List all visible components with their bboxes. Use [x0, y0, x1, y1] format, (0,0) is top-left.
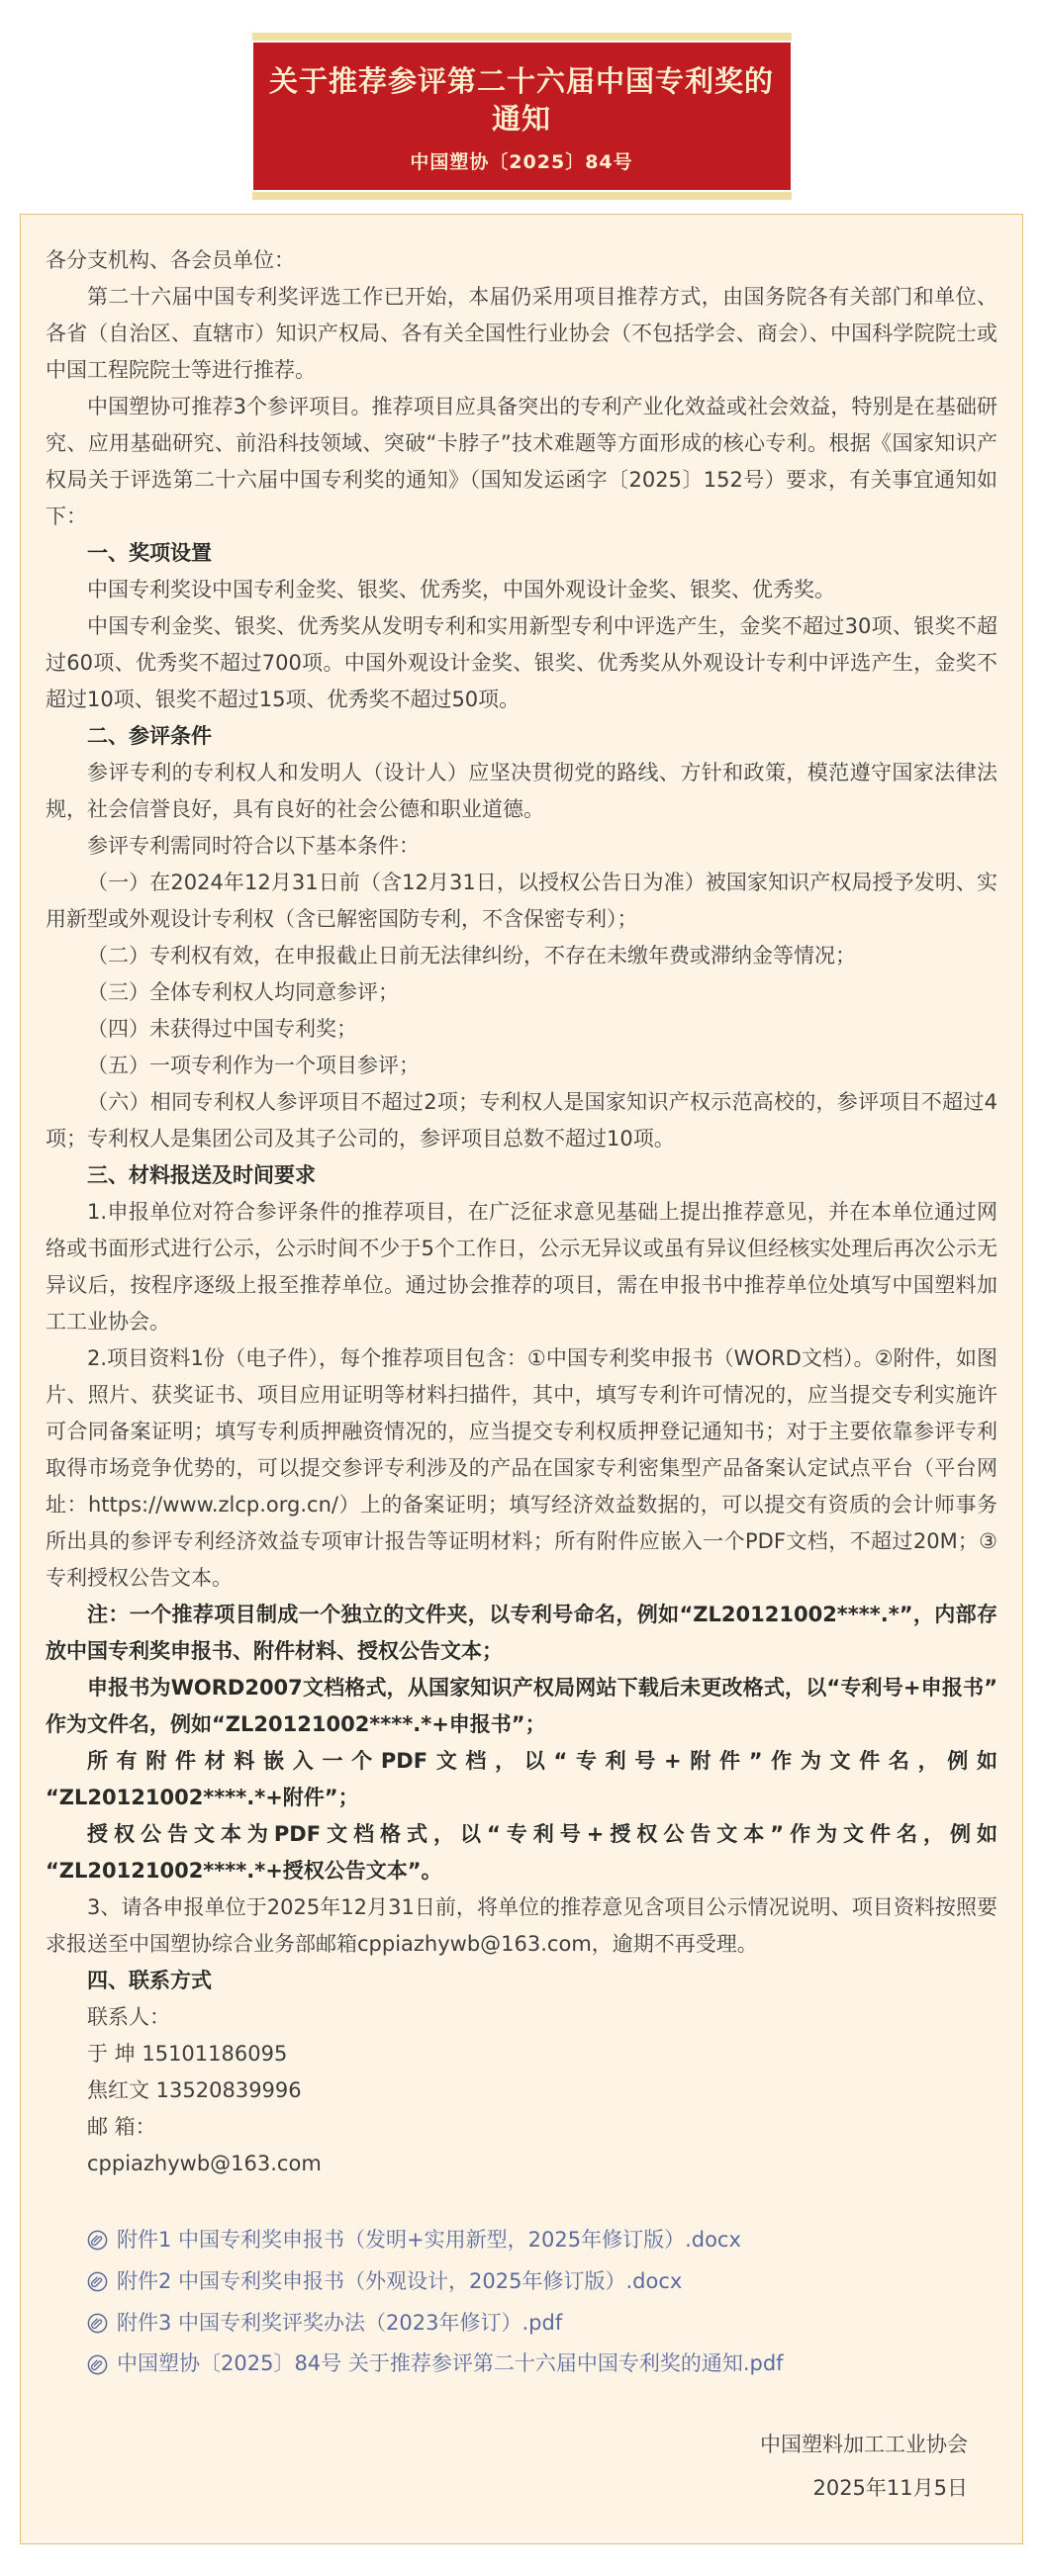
email-label: 邮 箱：: [46, 2109, 997, 2146]
note-paragraph-3: 所有附件材料嵌入一个PDF文档，以“专利号+附件”作为文件名，例如“ZL2012…: [46, 1743, 997, 1816]
attachment-row: 中国塑协〔2025〕84号 关于推荐参评第二十六届中国专利奖的通知.pdf: [46, 2346, 997, 2387]
note-paragraph-1: 注：一个推荐项目制成一个独立的文件夹，以专利号命名，例如“ZL20121002*…: [46, 1597, 997, 1670]
section-heading-awards: 一、奖项设置: [46, 535, 997, 572]
contact-label: 联系人：: [46, 1999, 997, 2036]
email-value: cppiazhywb@163.com: [46, 2146, 997, 2182]
paperclip-circle-icon: [87, 2230, 108, 2251]
conditions-paragraph-2: 参评专利需同时符合以下基本条件：: [46, 828, 997, 865]
condition-item-6: （六）相同专利权人参评项目不超过2项；专利权人是国家知识产权示范高校的，参评项目…: [46, 1084, 997, 1157]
attachment-label: 中国塑协〔2025〕84号 关于推荐参评第二十六届中国专利奖的通知.pdf: [117, 2346, 784, 2383]
condition-item-4: （四）未获得过中国专利奖；: [46, 1011, 997, 1048]
materials-paragraph-1: 1.申报单位对符合参评条件的推荐项目，在广泛征求意见基础上提出推荐意见，并在本单…: [46, 1194, 997, 1340]
bottom-accent-bar: [252, 192, 792, 200]
attachment-link-3[interactable]: 附件3 中国专利奖评奖办法（2023年修订）.pdf: [87, 2305, 562, 2343]
attachment-link-2[interactable]: 附件2 中国专利奖申报书（外观设计，2025年修订版）.docx: [87, 2263, 682, 2301]
conditions-paragraph-1: 参评专利的专利权人和发明人（设计人）应坚决贯彻党的路线、方针和政策，模范遵守国家…: [46, 755, 997, 828]
attachment-row: 附件1 中国专利奖申报书（发明+实用新型，2025年修订版）.docx: [46, 2222, 997, 2263]
signature-block: 中国塑料加工工业协会 2025年11月5日: [46, 2423, 997, 2510]
notice-banner: 关于推荐参评第二十六届中国专利奖的通知 中国塑协〔2025〕84号: [253, 43, 791, 190]
awards-paragraph-1: 中国专利奖设中国专利金奖、银奖、优秀奖，中国外观设计金奖、银奖、优秀奖。: [46, 572, 997, 608]
attachments-list: 附件1 中国专利奖申报书（发明+实用新型，2025年修订版）.docx 附件2 …: [46, 2222, 997, 2387]
paperclip-circle-icon: [87, 2313, 108, 2334]
section-heading-conditions: 二、参评条件: [46, 718, 997, 755]
contact-person-2: 焦红文 13520839996: [46, 2072, 997, 2109]
condition-item-5: （五）一项专利作为一个项目参评；: [46, 1048, 997, 1084]
condition-item-3: （三）全体专利权人均同意参评；: [46, 974, 997, 1011]
attachment-label: 附件1 中国专利奖申报书（发明+实用新型，2025年修订版）.docx: [117, 2222, 741, 2259]
contact-person-1: 于 坤 15101186095: [46, 2036, 997, 2072]
attachment-link-4[interactable]: 中国塑协〔2025〕84号 关于推荐参评第二十六届中国专利奖的通知.pdf: [87, 2346, 784, 2383]
attachment-row: 附件3 中国专利奖评奖办法（2023年修订）.pdf: [46, 2305, 997, 2346]
paperclip-circle-icon: [87, 2271, 108, 2292]
awards-paragraph-2: 中国专利金奖、银奖、优秀奖从发明专利和实用新型专利中评选产生，金奖不超过30项、…: [46, 608, 997, 718]
section-heading-contact: 四、联系方式: [46, 1963, 997, 1999]
intro-paragraph-1: 第二十六届中国专利奖评选工作已开始，本届仍采用项目推荐方式，由国务院各有关部门和…: [46, 279, 997, 389]
condition-item-1: （一）在2024年12月31日前（含12月31日，以授权公告日为准）被国家知识产…: [46, 865, 997, 938]
intro-paragraph-2: 中国塑协可推荐3个参评项目。推荐项目应具备突出的专利产业化效益或社会效益，特别是…: [46, 389, 997, 535]
attachment-row: 附件2 中国专利奖申报书（外观设计，2025年修订版）.docx: [46, 2263, 997, 2305]
attachment-label: 附件2 中国专利奖申报书（外观设计，2025年修订版）.docx: [117, 2263, 682, 2301]
condition-item-2: （二）专利权有效，在申报截止日前无法律纠纷，不存在未缴年费或滞纳金等情况；: [46, 938, 997, 974]
salutation: 各分支机构、各会员单位：: [46, 242, 997, 279]
materials-paragraph-2: 2.项目资料1份（电子件），每个推荐项目包含：①中国专利奖申报书（WORD文档）…: [46, 1340, 997, 1597]
notice-title: 关于推荐参评第二十六届中国专利奖的通知: [263, 62, 781, 138]
paperclip-circle-icon: [87, 2354, 108, 2375]
section-heading-materials: 三、材料报送及时间要求: [46, 1157, 997, 1194]
note-paragraph-4: 授权公告文本为PDF文档格式，以“专利号+授权公告文本”作为文件名，例如“ZL2…: [46, 1816, 997, 1889]
issuing-org: 中国塑料加工工业协会: [46, 2423, 968, 2466]
notice-body-card: 各分支机构、各会员单位： 第二十六届中国专利奖评选工作已开始，本届仍采用项目推荐…: [20, 214, 1023, 2544]
attachment-label: 附件3 中国专利奖评奖办法（2023年修订）.pdf: [117, 2305, 562, 2343]
materials-paragraph-3: 3、请各申报单位于2025年12月31日前，将单位的推荐意见含项目公示情况说明、…: [46, 1889, 997, 1963]
notice-header: 关于推荐参评第二十六届中国专利奖的通知 中国塑协〔2025〕84号: [0, 0, 1043, 200]
issue-date: 2025年11月5日: [46, 2466, 968, 2510]
doc-number: 中国塑协〔2025〕84号: [263, 147, 781, 174]
top-accent-bar: [252, 33, 792, 41]
attachment-link-1[interactable]: 附件1 中国专利奖申报书（发明+实用新型，2025年修订版）.docx: [87, 2222, 741, 2259]
note-paragraph-2: 申报书为WORD2007文档格式，从国家知识产权局网站下载后未更改格式，以“专利…: [46, 1670, 997, 1743]
